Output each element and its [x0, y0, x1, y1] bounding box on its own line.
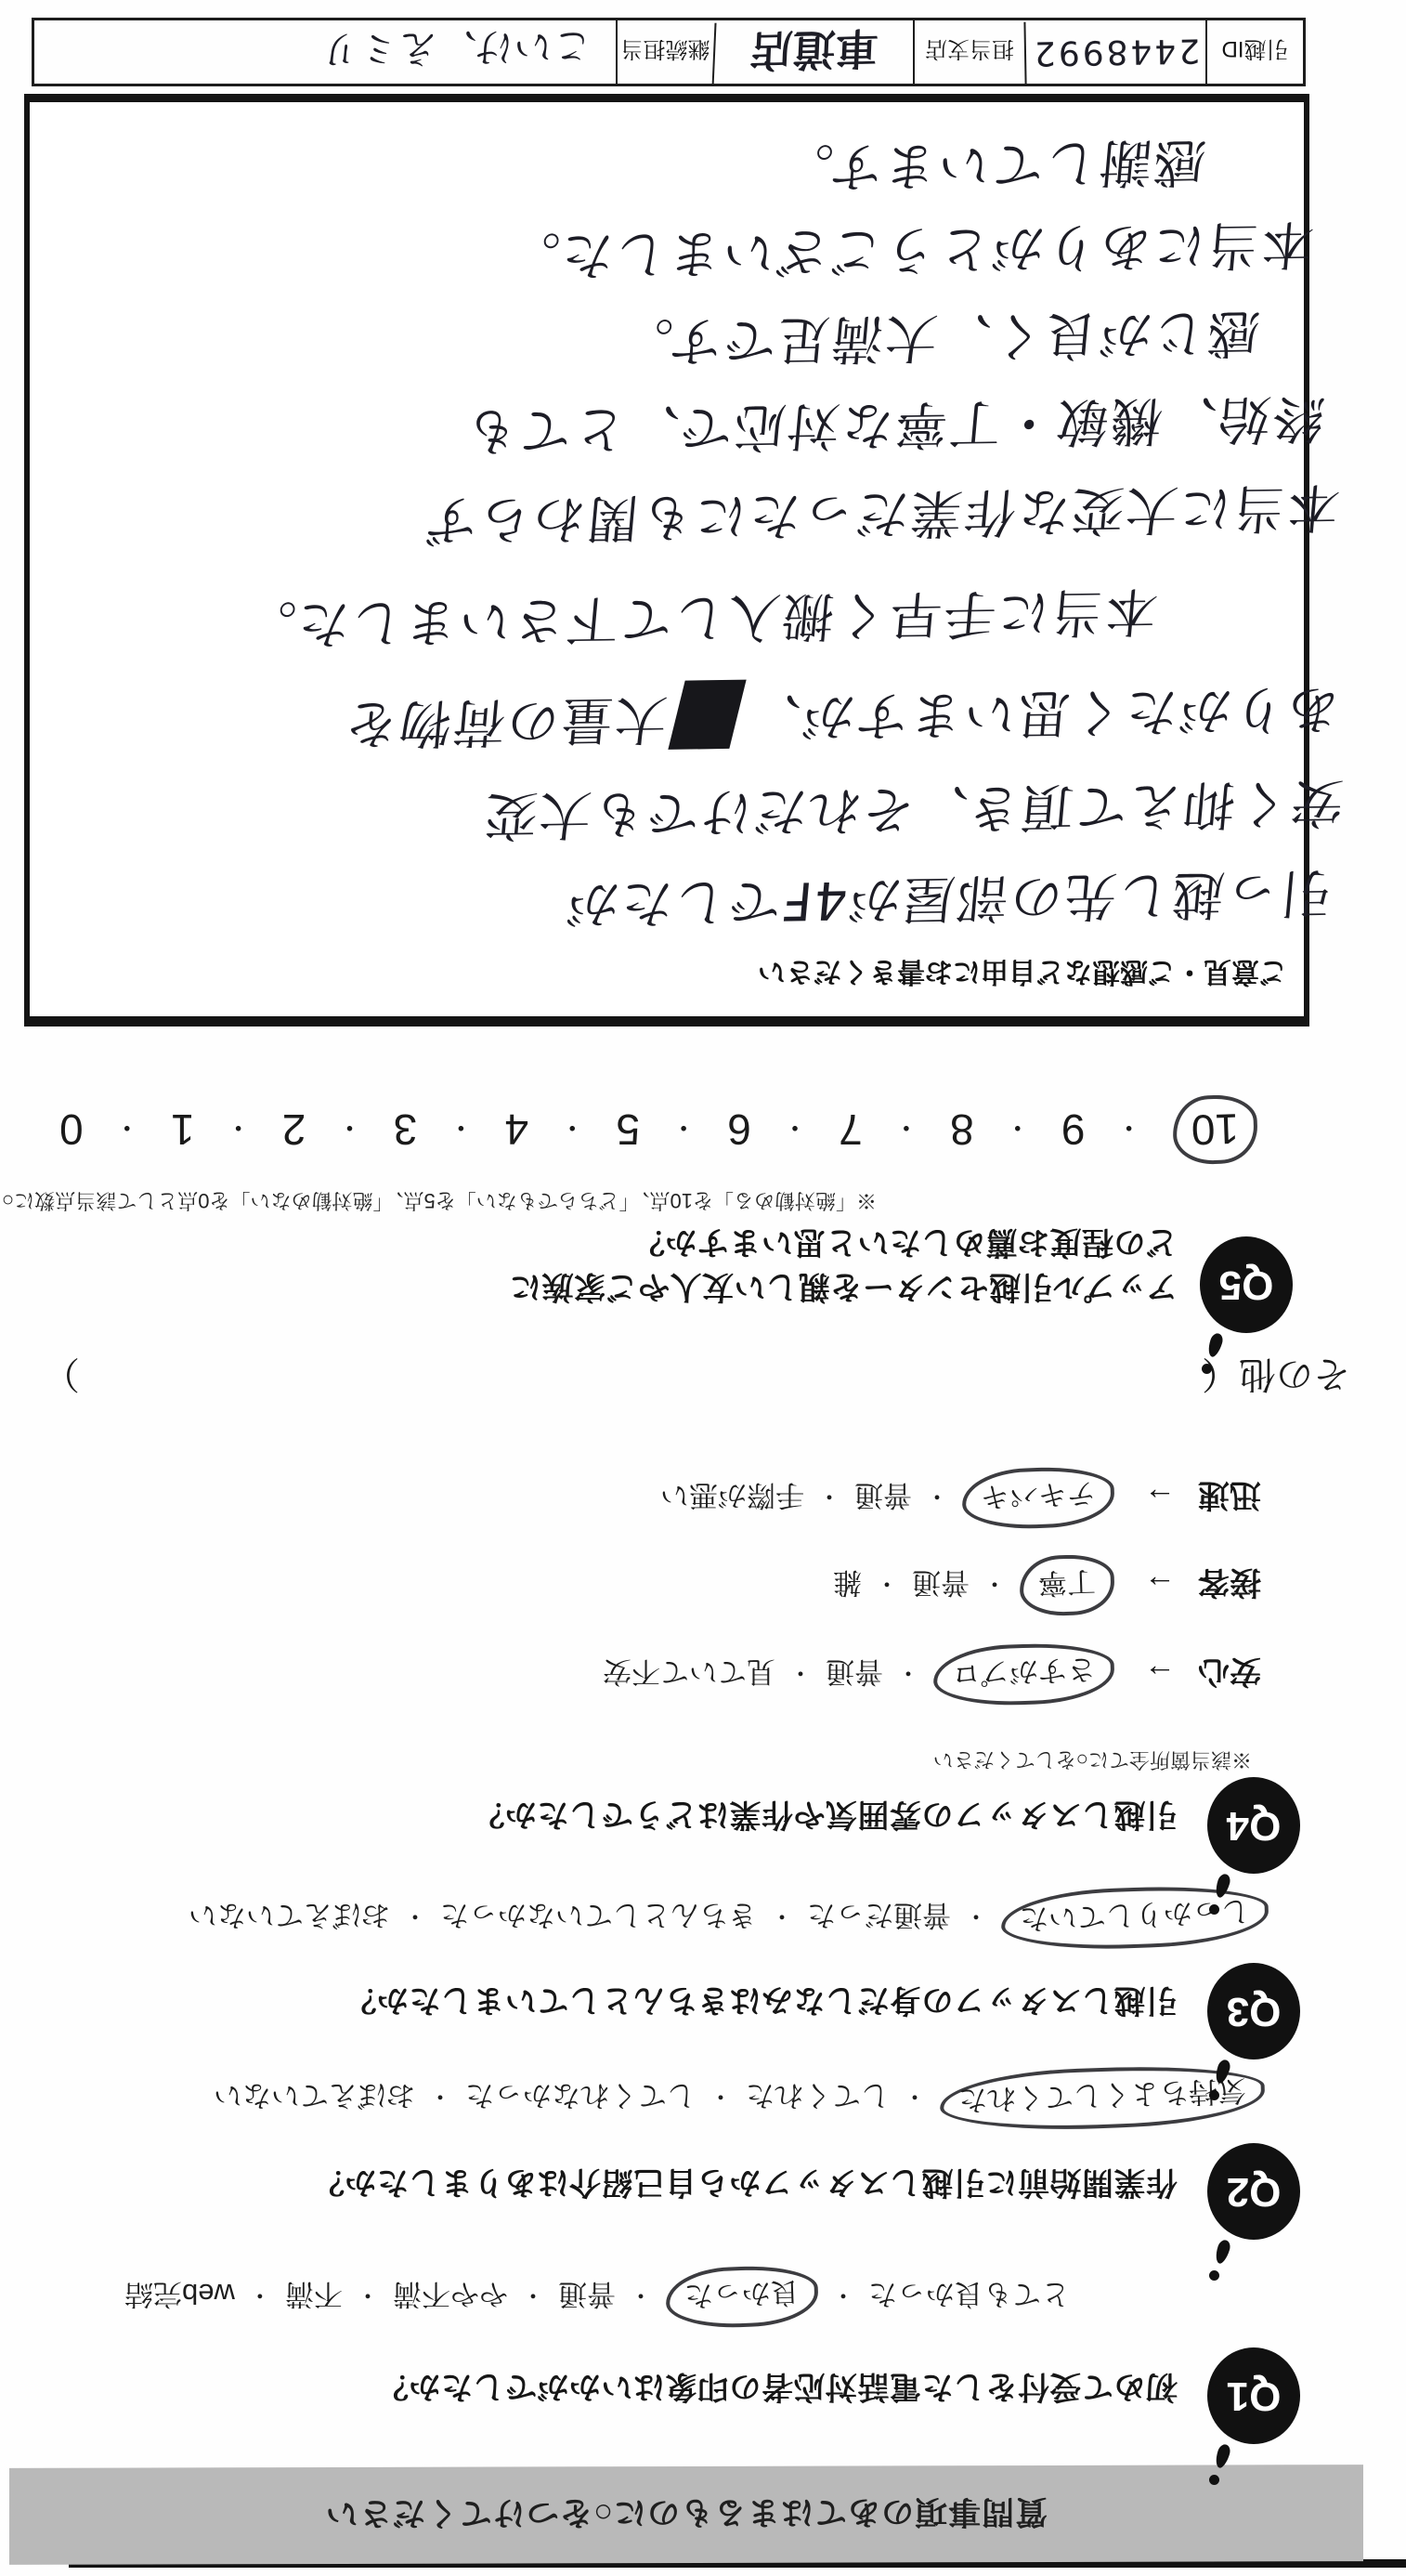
- q5-scale-value: 6: [727, 1105, 751, 1155]
- option-separator: ・: [709, 2081, 733, 2115]
- option-separator: ・: [964, 1901, 988, 1935]
- q2-badge: Q2: [1207, 2143, 1300, 2240]
- scale-separator: ・: [781, 1109, 809, 1150]
- q4-option-selected: テキパキ: [961, 1465, 1115, 1531]
- q2-badge-label: Q2: [1227, 2168, 1282, 2215]
- q1-options: とても良かった ・ 良かった ・ 普通 ・ やや不満 ・ 不満 ・ web完結: [124, 2267, 1070, 2327]
- q4-option-selected: さすがプロ: [932, 1641, 1115, 1708]
- handwritten-line: 感謝しています。: [775, 127, 1209, 208]
- q1-option-selected: 良かった: [665, 2264, 819, 2330]
- form-title: 質問事項のあてはまるものに○をつけてください: [325, 2491, 1048, 2539]
- scale-separator: ・: [1004, 1109, 1032, 1150]
- q3-options: しっかりしていた ・ 普通だった ・ きちんとしていなかった ・ おぼえていない: [189, 1888, 1269, 1948]
- q4-other-label: その他（: [1202, 1351, 1350, 1404]
- branch-label-cell: 担当支店: [913, 20, 1024, 84]
- q5-scale-value: 4: [505, 1105, 529, 1155]
- q1-option: とても良かった: [868, 2276, 1070, 2318]
- q4-option: 雑: [833, 1564, 862, 1606]
- q5-scale-value: 9: [1061, 1105, 1086, 1155]
- q1-title: 初めて受付をした電話対応者の印象はいかがでしたか？: [377, 2367, 1178, 2413]
- option-separator: ・: [521, 2280, 545, 2314]
- q5-scale: 10 ・ 9 ・ 8 ・ 7 ・ 6 ・ 5 ・ 4 ・ 3 ・ 2 ・ 1 ・…: [59, 1095, 1257, 1164]
- id-label-cell: 引越ID: [1205, 20, 1303, 84]
- handwritten-line: ありがたく思いますが、大量の荷物を: [340, 671, 1342, 765]
- scale-separator: ・: [558, 1109, 586, 1150]
- q1-option: 普通: [558, 2276, 616, 2318]
- redacted-name-block: [668, 680, 746, 750]
- id-value-cell: 2448992: [1023, 19, 1205, 85]
- scale-separator: ・: [113, 1109, 141, 1150]
- q4-option-selected: 丁寧: [1019, 1553, 1115, 1617]
- scale-separator: ・: [670, 1109, 697, 1150]
- arrow-icon: →: [1144, 1567, 1176, 1603]
- option-separator: ・: [925, 1481, 949, 1515]
- q4-row-label: 安心: [1198, 1652, 1261, 1697]
- option-separator: ・: [788, 1657, 813, 1692]
- scale-separator: ・: [1115, 1109, 1143, 1150]
- q3-badge: Q3: [1207, 1963, 1300, 2059]
- q5-badge: Q5: [1200, 1236, 1293, 1333]
- q2-option: してくれた: [746, 2077, 890, 2119]
- form-title-bar: 質問事項のあてはまるものに○をつけてください: [9, 2465, 1363, 2565]
- q5-title-line2: どの程度お薦めしたいと思いますか？: [633, 1223, 1178, 1268]
- q2-option: おぼえていない: [214, 2077, 415, 2119]
- option-separator: ・: [983, 1568, 1007, 1602]
- q4-title: 引越しスタッフの雰囲気や作業はどうでしたか？: [473, 1795, 1178, 1840]
- staff-label-cell: 継続担当: [616, 20, 713, 84]
- staff-info-table: 引越ID 2448992 担当支店 車道店 継続担当 こいけ、えミリ: [32, 18, 1306, 86]
- q4-badge: Q4: [1207, 1777, 1300, 1874]
- handwritten-text: ありがたく思いますが、: [744, 678, 1342, 748]
- q1-badge-label: Q1: [1227, 2373, 1282, 2419]
- handwritten-line: 本当にありがとうございました。: [501, 210, 1316, 297]
- scale-separator: ・: [336, 1109, 364, 1150]
- q3-badge-label: Q3: [1227, 1988, 1282, 2034]
- q4-row-jinsoku: 迅速 → テキパキ ・ 普通 ・ 手際が悪い: [660, 1468, 1261, 1528]
- q3-option: 普通だった: [807, 1897, 951, 1939]
- q4-option: 普通: [854, 1477, 912, 1519]
- q1-option: web完結: [124, 2276, 235, 2318]
- scale-separator: ・: [447, 1109, 475, 1150]
- option-separator: ・: [248, 2280, 272, 2314]
- q4-other-close-paren: ）: [43, 1351, 80, 1404]
- option-separator: ・: [896, 1657, 920, 1692]
- q2-option: してくれなかった: [465, 2077, 696, 2119]
- q5-badge-label: Q5: [1219, 1262, 1274, 1308]
- branch-value-cell: 車道店: [712, 18, 915, 86]
- q4-row-sekkyaku: 接客 → 丁寧 ・ 普通 ・ 雑: [833, 1555, 1261, 1615]
- handwritten-line: 引っ越し先の部屋が4Fでしたが: [562, 858, 1335, 945]
- scanned-questionnaire-page: 質問事項のあてはまるものに○をつけてください Q1 初めて受付をした電話対応者の…: [0, 0, 1406, 2576]
- q3-option: きちんとしていなかった: [440, 1897, 757, 1939]
- q1-option: やや不満: [393, 2276, 508, 2318]
- q5-title-line1: アップル引越センターを親しい友人やご家族に: [510, 1267, 1178, 1313]
- q4-option: 見ていて不安: [603, 1654, 775, 1695]
- q4-option: 普通: [912, 1564, 970, 1606]
- q3-option: おぼえていない: [189, 1897, 390, 1939]
- q5-scale-value: 5: [616, 1105, 640, 1155]
- arrow-icon: →: [1144, 1656, 1176, 1693]
- handwritten-text: 大量の荷物を: [341, 688, 670, 754]
- handwritten-line: 本当に手早く搬入して下さいました。: [238, 577, 1160, 666]
- q5-scale-value: 1: [171, 1105, 195, 1155]
- q5-note: ※「絶対勧める」を10点、「どちらでもない」を5点、「絶対勧めない」を0点として…: [0, 1187, 877, 1216]
- q1-badge: Q1: [1207, 2347, 1300, 2444]
- option-separator: ・: [831, 2280, 855, 2314]
- q3-option-selected: しっかりしていた: [1000, 1883, 1269, 1953]
- option-separator: ・: [356, 2280, 380, 2314]
- q5-scale-value: 7: [839, 1105, 863, 1155]
- option-separator: ・: [875, 1568, 899, 1602]
- q2-options: 気持ちよくしてくれた ・ してくれた ・ してくれなかった ・ おぼえていない: [214, 2068, 1265, 2128]
- option-separator: ・: [770, 1901, 794, 1935]
- comment-box-title: ご意見・ご感想など自由にお書きください: [758, 954, 1287, 995]
- q5-scale-selected: 10: [1172, 1093, 1259, 1165]
- q5-scale-value: 0: [59, 1105, 84, 1155]
- q4-row-label: 迅速: [1198, 1475, 1261, 1521]
- option-separator: ・: [817, 1481, 841, 1515]
- q5-scale-value: 8: [950, 1105, 974, 1155]
- q4-row-label: 接客: [1198, 1563, 1261, 1608]
- handwritten-line: 終始、機敏・丁寧な対応で、とても: [461, 385, 1328, 473]
- option-separator: ・: [428, 2081, 452, 2115]
- q4-row-anshin: 安心 → さすがプロ ・ 普通 ・ 見ていて不安: [603, 1644, 1261, 1705]
- q4-option: 手際が悪い: [660, 1477, 804, 1519]
- q5-scale-value: 2: [282, 1105, 306, 1155]
- q1-option: 不満: [285, 2276, 343, 2318]
- handwritten-line: 安く抑えて頂き、それだけでも大変: [480, 769, 1347, 857]
- option-separator: ・: [903, 2081, 927, 2115]
- option-separator: ・: [629, 2280, 653, 2314]
- q5-scale-value: 3: [394, 1105, 418, 1155]
- arrow-icon: →: [1144, 1480, 1176, 1516]
- handwritten-line: 本当に大変な作業だったにも関わらず: [420, 473, 1342, 562]
- staff-name-cell: こいけ、えミリ: [32, 17, 618, 88]
- q4-note: ※該当箇所全てに○をしてください: [933, 1746, 1252, 1775]
- q4-badge-label: Q4: [1227, 1802, 1282, 1849]
- q3-title: 引越しスタッフの身だしなみはきちんとしていましたか？: [345, 1981, 1178, 2026]
- option-separator: ・: [403, 1901, 427, 1935]
- scale-separator: ・: [225, 1109, 253, 1150]
- q4-option: 普通: [826, 1654, 883, 1695]
- handwritten-line: 感じが良く、大満足です。: [615, 299, 1262, 384]
- q2-title: 作業開始前に引越しスタッフから自己紹介はありましたか？: [313, 2163, 1178, 2208]
- scale-separator: ・: [892, 1109, 920, 1150]
